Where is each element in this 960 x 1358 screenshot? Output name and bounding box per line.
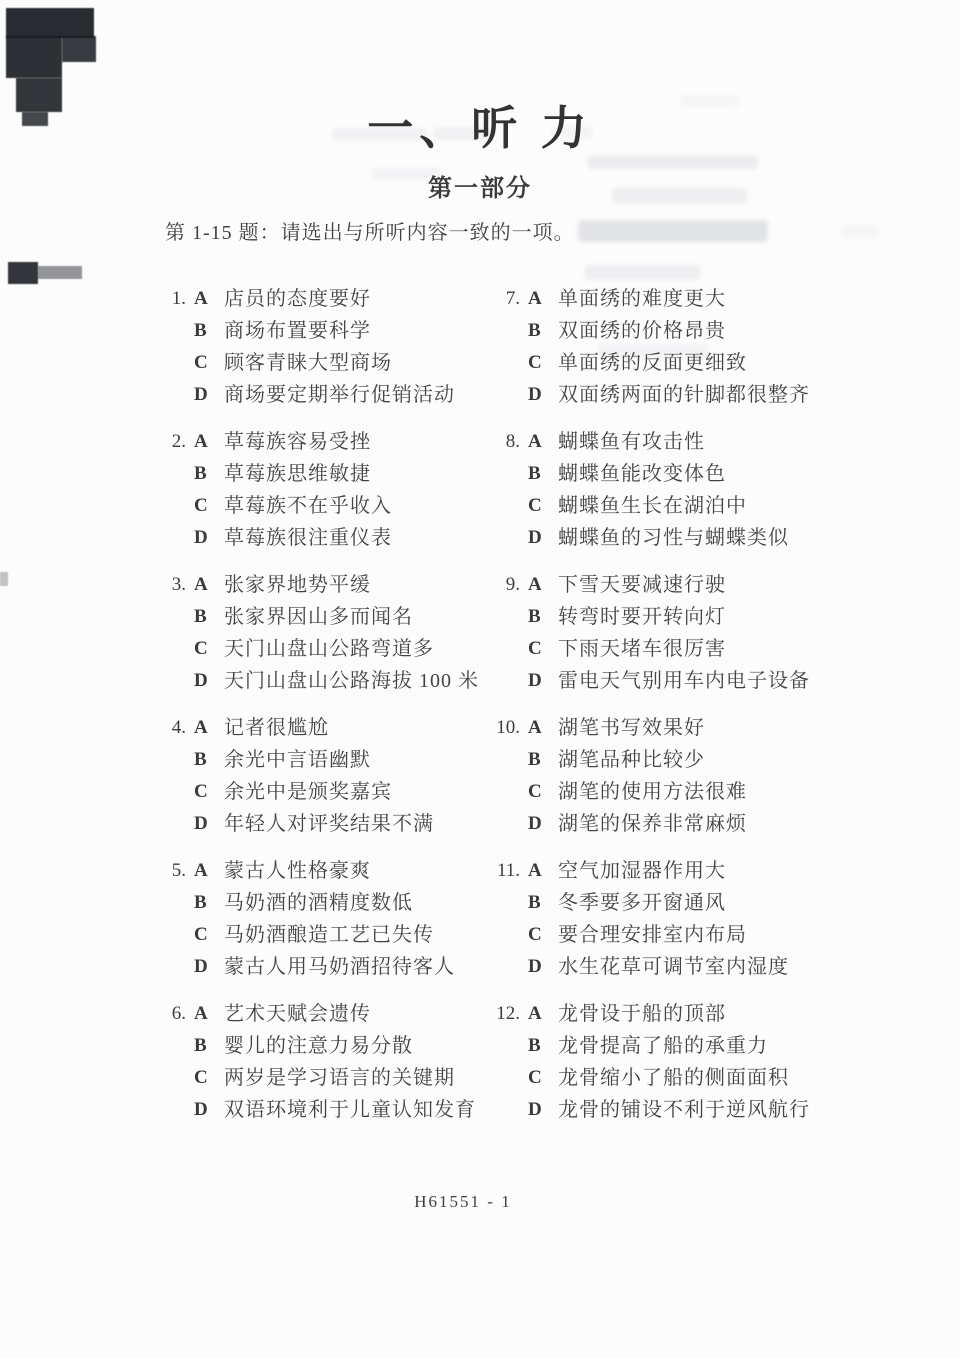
option-letter: D <box>194 665 216 697</box>
option-letter: A <box>528 569 550 601</box>
question-options: A记者很尴尬B余光中言语幽默C余光中是颁奖嘉宾D年轻人对评奖结果不满 <box>194 712 434 840</box>
option-row: B双面绣的价格昂贵 <box>528 315 810 347</box>
question-options: A店员的态度要好B商场布置要科学C顾客青睐大型商场D商场要定期举行促销活动 <box>194 283 455 411</box>
instructions-text: 第 1-15 题：请选出与所听内容一致的一项。 <box>165 216 575 245</box>
option-text: 蝴蝶鱼的习性与蝴蝶类似 <box>558 522 789 554</box>
option-text: 余光中是颁奖嘉宾 <box>224 776 392 808</box>
option-row: C下雨天堵车很厉害 <box>528 633 810 665</box>
option-text: 草莓族很注重仪表 <box>224 522 392 554</box>
option-text: 马奶酒酿造工艺已失传 <box>224 919 434 951</box>
scan-artifact <box>6 8 94 38</box>
option-letter: C <box>194 347 216 379</box>
option-text: 下雪天要减速行驶 <box>558 569 726 601</box>
question-item: 3. A张家界地势平缓B张家界因山多而闻名C天门山盘山公路弯道多D天门山盘山公路… <box>150 569 484 697</box>
option-letter: D <box>194 379 216 411</box>
option-letter: D <box>528 379 550 411</box>
option-letter: B <box>194 1030 216 1062</box>
question-item: 5. A蒙古人性格豪爽B马奶酒的酒精度数低C马奶酒酿造工艺已失传D蒙古人用马奶酒… <box>150 855 484 983</box>
option-letter: D <box>528 808 550 840</box>
option-row: D蒙古人用马奶酒招待客人 <box>194 951 455 983</box>
question-options: A单面绣的难度更大B双面绣的价格昂贵C单面绣的反面更细致D双面绣两面的针脚都很整… <box>528 283 810 411</box>
option-row: A蒙古人性格豪爽 <box>194 855 455 887</box>
option-row: B转弯时要开转向灯 <box>528 601 810 633</box>
questions-column-left: 1. A店员的态度要好B商场布置要科学C顾客青睐大型商场D商场要定期举行促销活动… <box>150 283 484 1141</box>
option-letter: B <box>528 601 550 633</box>
question-item: 8. A蝴蝶鱼有攻击性B蝴蝶鱼能改变体色C蝴蝶鱼生长在湖泊中D蝴蝶鱼的习性与蝴蝶… <box>484 426 830 554</box>
question-number: 4. <box>150 712 186 840</box>
option-text: 蝴蝶鱼生长在湖泊中 <box>558 490 747 522</box>
option-letter: C <box>528 490 550 522</box>
option-row: B张家界因山多而闻名 <box>194 601 479 633</box>
option-text: 店员的态度要好 <box>224 283 371 315</box>
question-options: A艺术天赋会遗传B婴儿的注意力易分散C两岁是学习语言的关键期D双语环境利于儿童认… <box>194 998 476 1126</box>
option-text: 商场要定期举行促销活动 <box>224 379 455 411</box>
option-text: 雷电天气别用车内电子设备 <box>558 665 810 697</box>
option-row: D双面绣两面的针脚都很整齐 <box>528 379 810 411</box>
option-text: 草莓族思维敏捷 <box>224 458 371 490</box>
option-row: A草莓族容易受挫 <box>194 426 392 458</box>
option-text: 记者很尴尬 <box>224 712 329 744</box>
question-item: 11. A空气加湿器作用大B冬季要多开窗通风C要合理安排室内布局D水生花草可调节… <box>484 855 830 983</box>
option-row: A龙骨设于船的顶部 <box>528 998 810 1030</box>
question-options: A湖笔书写效果好B湖笔品种比较少C湖笔的使用方法很难D湖笔的保养非常麻烦 <box>528 712 747 840</box>
option-row: A湖笔书写效果好 <box>528 712 747 744</box>
option-letter: A <box>194 426 216 458</box>
option-letter: D <box>194 808 216 840</box>
option-letter: C <box>194 776 216 808</box>
option-row: D双语环境利于儿童认知发育 <box>194 1094 476 1126</box>
option-letter: A <box>528 855 550 887</box>
option-letter: B <box>528 744 550 776</box>
question-options: A空气加湿器作用大B冬季要多开窗通风C要合理安排室内布局D水生花草可调节室内湿度 <box>528 855 789 983</box>
option-letter: D <box>528 522 550 554</box>
option-row: D商场要定期举行促销活动 <box>194 379 455 411</box>
option-letter: C <box>528 776 550 808</box>
option-row: B余光中言语幽默 <box>194 744 434 776</box>
option-row: C蝴蝶鱼生长在湖泊中 <box>528 490 789 522</box>
option-row: B冬季要多开窗通风 <box>528 887 789 919</box>
question-item: 7. A单面绣的难度更大B双面绣的价格昂贵C单面绣的反面更细致D双面绣两面的针脚… <box>484 283 830 411</box>
option-letter: C <box>194 1062 216 1094</box>
option-text: 龙骨缩小了船的侧面面积 <box>558 1062 789 1094</box>
option-text: 年轻人对评奖结果不满 <box>224 808 434 840</box>
option-letter: C <box>528 1062 550 1094</box>
option-text: 龙骨设于船的顶部 <box>558 998 726 1030</box>
scan-artifact <box>8 262 38 284</box>
option-text: 天门山盘山公路弯道多 <box>224 633 434 665</box>
question-number: 1. <box>150 283 186 411</box>
option-row: C顾客青睐大型商场 <box>194 347 455 379</box>
option-text: 冬季要多开窗通风 <box>558 887 726 919</box>
option-row: D雷电天气别用车内电子设备 <box>528 665 810 697</box>
option-text: 艺术天赋会遗传 <box>224 998 371 1030</box>
question-item: 6. A艺术天赋会遗传B婴儿的注意力易分散C两岁是学习语言的关键期D双语环境利于… <box>150 998 484 1126</box>
question-options: A张家界地势平缓B张家界因山多而闻名C天门山盘山公路弯道多D天门山盘山公路海拔 … <box>194 569 479 697</box>
option-text: 龙骨的铺设不利于逆风航行 <box>558 1094 810 1126</box>
option-letter: A <box>528 426 550 458</box>
option-row: A店员的态度要好 <box>194 283 455 315</box>
option-row: B湖笔品种比较少 <box>528 744 747 776</box>
option-letter: A <box>528 283 550 315</box>
question-options: A龙骨设于船的顶部B龙骨提高了船的承重力C龙骨缩小了船的侧面面积D龙骨的铺设不利… <box>528 998 810 1126</box>
question-number: 3. <box>150 569 186 697</box>
option-row: C余光中是颁奖嘉宾 <box>194 776 434 808</box>
option-text: 单面绣的反面更细致 <box>558 347 747 379</box>
option-row: B马奶酒的酒精度数低 <box>194 887 455 919</box>
option-row: D草莓族很注重仪表 <box>194 522 392 554</box>
option-text: 余光中言语幽默 <box>224 744 371 776</box>
option-letter: B <box>528 1030 550 1062</box>
option-row: C单面绣的反面更细致 <box>528 347 810 379</box>
option-row: A空气加湿器作用大 <box>528 855 789 887</box>
question-item: 2. A草莓族容易受挫B草莓族思维敏捷C草莓族不在乎收入D草莓族很注重仪表 <box>150 426 484 554</box>
option-text: 湖笔书写效果好 <box>558 712 705 744</box>
scan-artifact <box>6 36 62 78</box>
question-item: 10. A湖笔书写效果好B湖笔品种比较少C湖笔的使用方法很难D湖笔的保养非常麻烦 <box>484 712 830 840</box>
option-text: 张家界地势平缓 <box>224 569 371 601</box>
question-number: 10. <box>484 712 520 840</box>
bleedthrough-smudge <box>585 265 700 280</box>
option-text: 双面绣两面的针脚都很整齐 <box>558 379 810 411</box>
question-number: 8. <box>484 426 520 554</box>
option-text: 两岁是学习语言的关键期 <box>224 1062 455 1094</box>
option-letter: C <box>194 490 216 522</box>
question-number: 6. <box>150 998 186 1126</box>
option-text: 蝴蝶鱼能改变体色 <box>558 458 726 490</box>
question-number: 7. <box>484 283 520 411</box>
option-letter: B <box>194 887 216 919</box>
option-row: A艺术天赋会遗传 <box>194 998 476 1030</box>
question-options: A草莓族容易受挫B草莓族思维敏捷C草莓族不在乎收入D草莓族很注重仪表 <box>194 426 392 554</box>
option-letter: C <box>194 919 216 951</box>
question-item: 12. A龙骨设于船的顶部B龙骨提高了船的承重力C龙骨缩小了船的侧面面积D龙骨的… <box>484 998 830 1126</box>
option-row: A蝴蝶鱼有攻击性 <box>528 426 789 458</box>
option-text: 婴儿的注意力易分散 <box>224 1030 413 1062</box>
option-text: 顾客青睐大型商场 <box>224 347 392 379</box>
option-text: 蒙古人性格豪爽 <box>224 855 371 887</box>
option-row: C龙骨缩小了船的侧面面积 <box>528 1062 810 1094</box>
option-letter: A <box>528 712 550 744</box>
option-letter: C <box>194 633 216 665</box>
question-options: A蒙古人性格豪爽B马奶酒的酒精度数低C马奶酒酿造工艺已失传D蒙古人用马奶酒招待客… <box>194 855 455 983</box>
option-row: D年轻人对评奖结果不满 <box>194 808 434 840</box>
scan-artifact <box>38 266 82 279</box>
option-row: B蝴蝶鱼能改变体色 <box>528 458 789 490</box>
page-title: 一、听 力 <box>0 92 960 158</box>
option-row: D天门山盘山公路海拔 100 米 <box>194 665 479 697</box>
option-letter: A <box>194 855 216 887</box>
option-row: A记者很尴尬 <box>194 712 434 744</box>
option-text: 草莓族容易受挫 <box>224 426 371 458</box>
bleedthrough-smudge <box>578 220 768 242</box>
option-letter: D <box>194 1094 216 1126</box>
option-row: C天门山盘山公路弯道多 <box>194 633 479 665</box>
option-letter: B <box>528 458 550 490</box>
option-letter: D <box>528 951 550 983</box>
option-letter: C <box>528 919 550 951</box>
option-row: A单面绣的难度更大 <box>528 283 810 315</box>
option-letter: C <box>528 347 550 379</box>
option-row: B商场布置要科学 <box>194 315 455 347</box>
option-row: D水生花草可调节室内湿度 <box>528 951 789 983</box>
scan-artifact <box>0 572 8 586</box>
option-letter: A <box>194 712 216 744</box>
option-row: C草莓族不在乎收入 <box>194 490 392 522</box>
option-text: 湖笔的保养非常麻烦 <box>558 808 747 840</box>
option-row: D湖笔的保养非常麻烦 <box>528 808 747 840</box>
question-number: 11. <box>484 855 520 983</box>
option-text: 商场布置要科学 <box>224 315 371 347</box>
option-row: C两岁是学习语言的关键期 <box>194 1062 476 1094</box>
section-title: 第一部分 <box>0 168 960 203</box>
bleedthrough-smudge <box>840 225 880 237</box>
option-letter: B <box>194 744 216 776</box>
question-item: 1. A店员的态度要好B商场布置要科学C顾客青睐大型商场D商场要定期举行促销活动 <box>150 283 484 411</box>
option-text: 双语环境利于儿童认知发育 <box>224 1094 476 1126</box>
option-row: C要合理安排室内布局 <box>528 919 789 951</box>
option-text: 天门山盘山公路海拔 100 米 <box>224 665 479 697</box>
option-letter: B <box>528 315 550 347</box>
option-text: 张家界因山多而闻名 <box>224 601 413 633</box>
option-letter: D <box>194 522 216 554</box>
option-text: 湖笔品种比较少 <box>558 744 705 776</box>
option-letter: B <box>528 887 550 919</box>
option-text: 草莓族不在乎收入 <box>224 490 392 522</box>
option-letter: A <box>194 998 216 1030</box>
question-item: 4. A记者很尴尬B余光中言语幽默C余光中是颁奖嘉宾D年轻人对评奖结果不满 <box>150 712 484 840</box>
option-text: 转弯时要开转向灯 <box>558 601 726 633</box>
question-number: 12. <box>484 998 520 1126</box>
questions-area: 1. A店员的态度要好B商场布置要科学C顾客青睐大型商场D商场要定期举行促销活动… <box>150 283 840 1141</box>
option-row: B婴儿的注意力易分散 <box>194 1030 476 1062</box>
option-letter: D <box>528 665 550 697</box>
question-number: 5. <box>150 855 186 983</box>
option-text: 水生花草可调节室内湿度 <box>558 951 789 983</box>
question-item: 9. A下雪天要减速行驶B转弯时要开转向灯C下雨天堵车很厉害D雷电天气别用车内电… <box>484 569 830 697</box>
option-letter: A <box>528 998 550 1030</box>
option-row: B草莓族思维敏捷 <box>194 458 392 490</box>
option-text: 湖笔的使用方法很难 <box>558 776 747 808</box>
option-letter: C <box>528 633 550 665</box>
option-letter: D <box>194 951 216 983</box>
question-options: A蝴蝶鱼有攻击性B蝴蝶鱼能改变体色C蝴蝶鱼生长在湖泊中D蝴蝶鱼的习性与蝴蝶类似 <box>528 426 789 554</box>
question-options: A下雪天要减速行驶B转弯时要开转向灯C下雨天堵车很厉害D雷电天气别用车内电子设备 <box>528 569 810 697</box>
option-text: 马奶酒的酒精度数低 <box>224 887 413 919</box>
footer-page-code: H61551 - 1 <box>0 1192 943 1212</box>
exam-page: 一、听 力 第一部分 第 1-15 题：请选出与所听内容一致的一项。 1. A店… <box>0 0 960 1358</box>
option-row: A张家界地势平缓 <box>194 569 479 601</box>
option-text: 下雨天堵车很厉害 <box>558 633 726 665</box>
question-number: 2. <box>150 426 186 554</box>
option-text: 单面绣的难度更大 <box>558 283 726 315</box>
option-letter: A <box>194 569 216 601</box>
option-row: D蝴蝶鱼的习性与蝴蝶类似 <box>528 522 789 554</box>
option-letter: B <box>194 458 216 490</box>
option-text: 空气加湿器作用大 <box>558 855 726 887</box>
option-row: A下雪天要减速行驶 <box>528 569 810 601</box>
option-letter: B <box>194 315 216 347</box>
option-text: 双面绣的价格昂贵 <box>558 315 726 347</box>
option-letter: A <box>194 283 216 315</box>
option-row: D龙骨的铺设不利于逆风航行 <box>528 1094 810 1126</box>
questions-column-right: 7. A单面绣的难度更大B双面绣的价格昂贵C单面绣的反面更细致D双面绣两面的针脚… <box>484 283 830 1141</box>
option-text: 龙骨提高了船的承重力 <box>558 1030 768 1062</box>
option-text: 蝴蝶鱼有攻击性 <box>558 426 705 458</box>
question-number: 9. <box>484 569 520 697</box>
option-letter: D <box>528 1094 550 1126</box>
option-text: 要合理安排室内布局 <box>558 919 747 951</box>
option-row: B龙骨提高了船的承重力 <box>528 1030 810 1062</box>
scan-artifact <box>62 36 96 62</box>
option-row: C马奶酒酿造工艺已失传 <box>194 919 455 951</box>
option-row: C湖笔的使用方法很难 <box>528 776 747 808</box>
option-text: 蒙古人用马奶酒招待客人 <box>224 951 455 983</box>
option-letter: B <box>194 601 216 633</box>
